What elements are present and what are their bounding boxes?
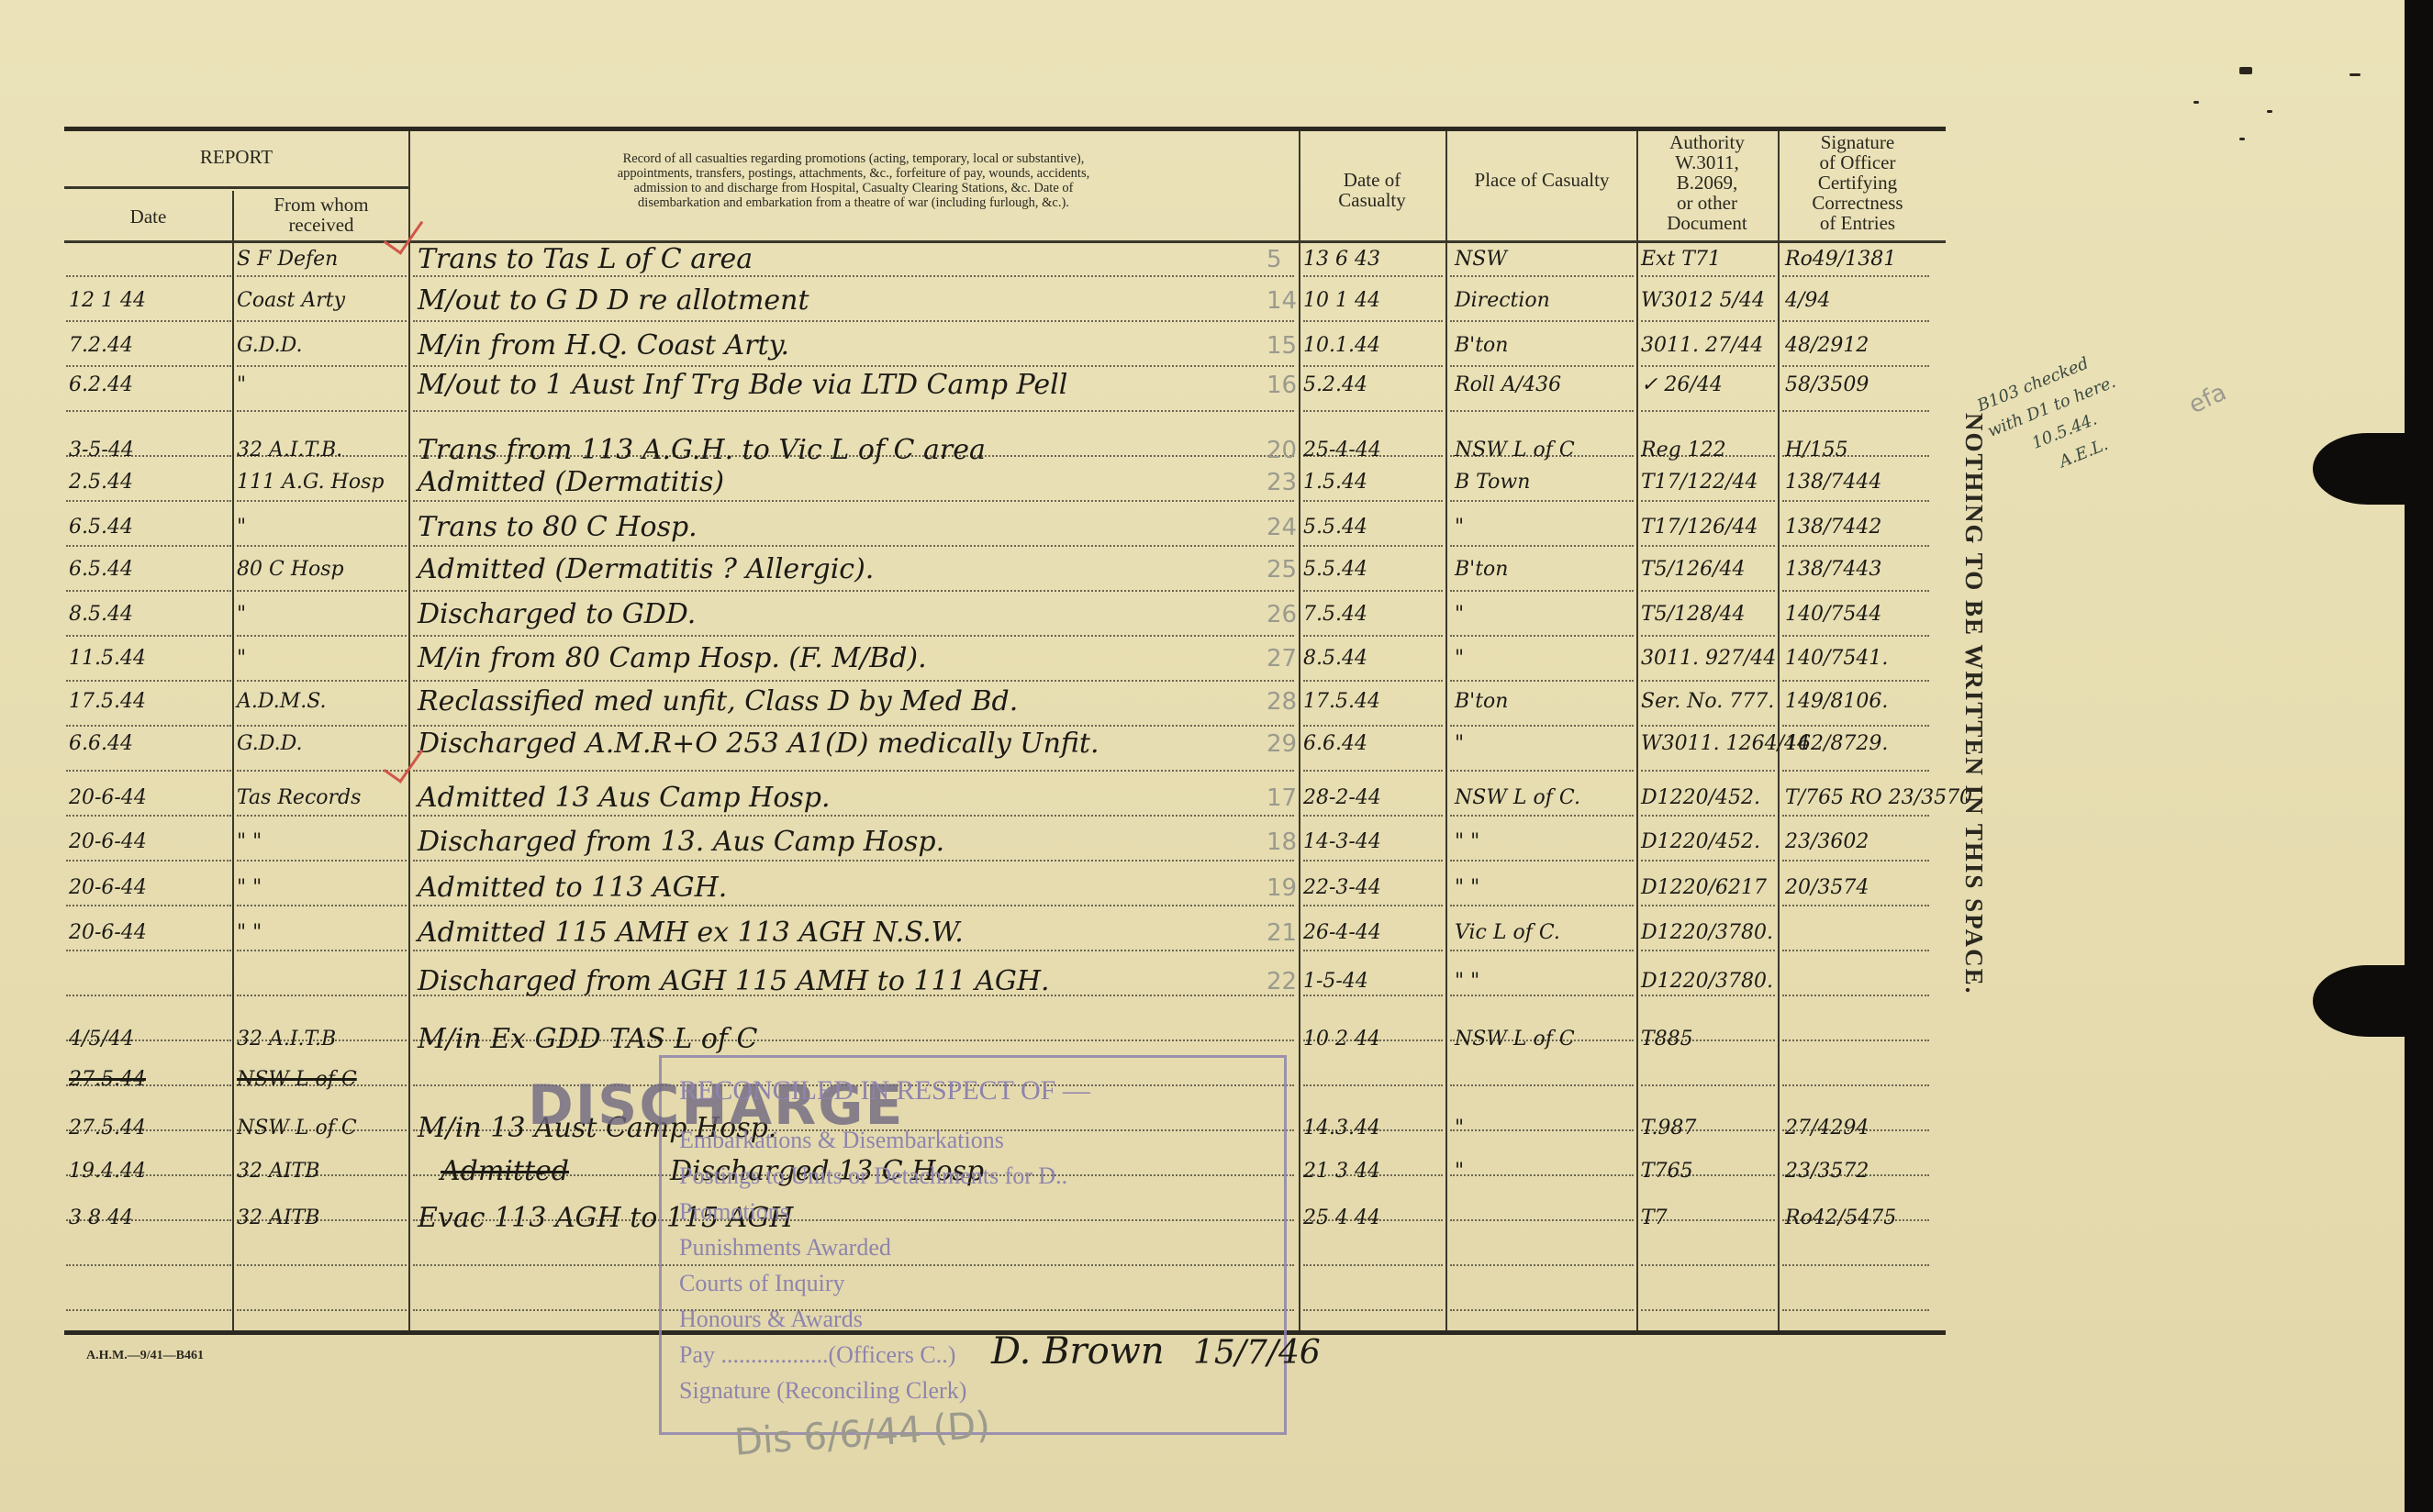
- header-authority: Authority W.3011, B.2069, or other Docum…: [1638, 132, 1776, 233]
- header-date: Date: [64, 206, 232, 227]
- header-bottom-rule: [64, 240, 1946, 243]
- cell-from: S F Defen: [237, 246, 338, 273]
- cell-num: 29: [1267, 730, 1297, 758]
- row-guide: [413, 500, 1294, 502]
- cell-place: NSW L of C: [1455, 437, 1575, 464]
- row-guide: [66, 1264, 231, 1266]
- row-guide: [413, 410, 1294, 412]
- stamp-line: Courts of Inquiry: [679, 1270, 845, 1297]
- row-guide: [1641, 1264, 1775, 1266]
- cell-casualty-date: 10.1.44: [1303, 332, 1380, 360]
- row-guide: [1450, 905, 1634, 906]
- row-guide: [237, 590, 407, 592]
- row-guide: [66, 725, 231, 727]
- cell-from: 80 C Hosp: [237, 556, 344, 584]
- row-guide: [237, 320, 407, 322]
- cell-authority: T17/126/44: [1641, 514, 1758, 541]
- col-divider-from: [408, 131, 410, 1330]
- cell-casualty-date: 28-2-44: [1303, 784, 1381, 812]
- cell-record: M/out to G D D re allotment: [418, 287, 809, 315]
- row-guide: [413, 770, 1294, 772]
- cell-record: Admitted to 113 AGH.: [418, 874, 727, 902]
- col-divider-place: [1636, 131, 1638, 1330]
- row-guide: [1641, 815, 1775, 817]
- row-guide: [1782, 815, 1929, 817]
- speck: [2193, 101, 2199, 104]
- cell-num: 19: [1267, 874, 1297, 902]
- row-guide: [1303, 545, 1443, 547]
- cell-record: Discharged from 13. Aus Camp Hosp.: [418, 828, 944, 856]
- cell-authority: T765: [1641, 1158, 1693, 1185]
- row-guide: [1641, 545, 1775, 547]
- cell-signature: 27/4294: [1785, 1115, 1869, 1142]
- cell-authority: D1220/452.: [1641, 828, 1760, 856]
- row-guide: [237, 500, 407, 502]
- row-guide: [1303, 905, 1443, 906]
- row-guide: [66, 680, 231, 682]
- cell-from: " ": [237, 919, 262, 947]
- row-guide: [1782, 995, 1929, 996]
- cell-casualty-date: 5.5.44: [1303, 556, 1367, 584]
- row-guide: [66, 950, 231, 951]
- row-guide: [1641, 275, 1775, 277]
- cell-record: Discharged from AGH 115 AMH to 111 AGH.: [418, 968, 1050, 995]
- row-guide: [1450, 950, 1634, 951]
- row-guide: [1450, 860, 1634, 862]
- row-guide: [1303, 635, 1443, 637]
- cell-num: 28: [1267, 688, 1297, 716]
- cell-casualty-date: 1.5.44: [1303, 469, 1367, 496]
- row-guide: [413, 950, 1294, 951]
- cell-date: 6.2.44: [69, 372, 133, 399]
- row-guide: [1641, 1309, 1775, 1311]
- row-guide: [1782, 1264, 1929, 1266]
- row-guide: [1303, 590, 1443, 592]
- row-guide: [66, 905, 231, 906]
- row-guide: [1450, 1309, 1634, 1311]
- cell-record: Admitted (Dermatitis): [418, 469, 724, 496]
- row-guide: [66, 860, 231, 862]
- cell-casualty-date: 25-4-44: [1303, 437, 1381, 464]
- row-guide: [1450, 635, 1634, 637]
- cell-num: 26: [1267, 601, 1297, 628]
- row-guide: [1782, 950, 1929, 951]
- cell-casualty-date: 21 3 44: [1303, 1158, 1380, 1185]
- row-guide: [1303, 860, 1443, 862]
- row-guide: [1450, 770, 1634, 772]
- report-divider: [64, 186, 408, 189]
- cell-num: 21: [1267, 919, 1297, 947]
- cell-casualty-date: 17.5.44: [1303, 688, 1380, 716]
- cell-authority: ✓ 26/44: [1641, 372, 1723, 399]
- cell-from: 32 A.I.T.B.: [237, 437, 342, 464]
- row-guide: [1303, 725, 1443, 727]
- cell-from: Coast Arty: [237, 287, 345, 315]
- cell-date: 3-5-44: [69, 437, 134, 464]
- row-guide: [1450, 1129, 1634, 1131]
- cell-from: ": [237, 601, 246, 628]
- cell-from: NSW L of C: [237, 1115, 357, 1142]
- row-guide: [1450, 500, 1634, 502]
- row-guide: [413, 365, 1294, 367]
- row-guide: [237, 1309, 407, 1311]
- cell-date: 11.5.44: [69, 645, 146, 673]
- cell-date: 20-6-44: [69, 828, 147, 856]
- cell-from: 111 A.G. Hosp: [237, 469, 384, 496]
- col-divider-date: [232, 191, 234, 1330]
- row-guide: [413, 725, 1294, 727]
- cell-authority: 3011. 27/44: [1641, 332, 1763, 360]
- row-guide: [66, 320, 231, 322]
- cell-signature: Ro49/1381: [1785, 246, 1896, 273]
- row-guide: [1303, 680, 1443, 682]
- cell-record: Admitted 13 Aus Camp Hosp.: [418, 784, 831, 812]
- cell-date: 20-6-44: [69, 874, 147, 902]
- row-guide: [66, 275, 231, 277]
- stamp-line: Honours & Awards: [679, 1306, 863, 1333]
- cell-authority: Ser. No. 777.: [1641, 688, 1774, 716]
- cell-date: 6.5.44: [69, 556, 133, 584]
- row-guide: [1782, 1084, 1929, 1086]
- col-divider-record: [1299, 131, 1300, 1330]
- row-guide: [1782, 500, 1929, 502]
- cell-date: 7.2.44: [69, 332, 133, 360]
- cell-authority: T17/122/44: [1641, 469, 1758, 496]
- cell-date: 20-6-44: [69, 784, 147, 812]
- cell-from: ": [237, 645, 246, 673]
- header-record: Record of all casualties regarding promo…: [422, 151, 1285, 210]
- cell-date: 6.6.44: [69, 730, 133, 758]
- row-guide: [413, 545, 1294, 547]
- row-guide: [1782, 590, 1929, 592]
- row-guide: [237, 1264, 407, 1266]
- speck: [2349, 73, 2360, 76]
- stamp-line: Postings to Units or Detachments for D..: [679, 1162, 1067, 1190]
- row-guide: [1450, 725, 1634, 727]
- form-code: A.H.M.—9/41—B461: [86, 1349, 204, 1363]
- stamp-line: Promotions: [679, 1198, 789, 1226]
- speck: [2267, 110, 2272, 113]
- row-guide: [1641, 365, 1775, 367]
- cell-date: 6.5.44: [69, 514, 133, 541]
- row-guide: [1303, 320, 1443, 322]
- row-guide: [1303, 770, 1443, 772]
- table-top-rule: [64, 127, 1946, 131]
- cell-record: Discharged A.M.R+O 253 A1(D) medically U…: [418, 730, 1099, 758]
- row-guide: [1641, 590, 1775, 592]
- row-guide: [237, 950, 407, 951]
- cell-date: 27.5.44: [69, 1115, 146, 1142]
- row-guide: [237, 905, 407, 906]
- row-guide: [1641, 860, 1775, 862]
- row-guide: [1782, 905, 1929, 906]
- row-guide: [237, 815, 407, 817]
- row-guide: [1782, 635, 1929, 637]
- row-guide: [1641, 770, 1775, 772]
- row-guide: [237, 995, 407, 996]
- row-guide: [413, 815, 1294, 817]
- cell-record: Trans to 80 C Hosp.: [418, 514, 698, 541]
- cell-place: ": [1455, 1115, 1464, 1142]
- cell-place: Direction: [1455, 287, 1550, 315]
- scan-edge: [2405, 0, 2433, 1512]
- row-guide: [413, 320, 1294, 322]
- row-guide: [66, 365, 231, 367]
- cell-signature: 23/3572: [1785, 1158, 1869, 1185]
- header-place-of-casualty: Place of Casualty: [1468, 170, 1615, 190]
- cell-from: " ": [237, 828, 262, 856]
- row-guide: [1450, 1084, 1634, 1086]
- row-guide: [237, 725, 407, 727]
- cell-num: 14: [1267, 287, 1297, 315]
- cell-casualty-date: 13 6 43: [1303, 246, 1380, 273]
- row-guide: [1450, 1174, 1634, 1176]
- row-guide: [1782, 365, 1929, 367]
- row-guide: [1450, 275, 1634, 277]
- row-guide: [66, 590, 231, 592]
- row-guide: [1641, 1084, 1775, 1086]
- row-guide: [1303, 500, 1443, 502]
- row-guide: [1782, 1039, 1929, 1041]
- cell-signature: 149/8106.: [1785, 688, 1888, 716]
- cell-num: 16: [1267, 372, 1297, 399]
- cell-date: 4/5/44: [69, 1026, 134, 1053]
- row-guide: [1782, 725, 1929, 727]
- cell-from: NSW L of C: [237, 1066, 357, 1094]
- cell-record: Trans from 113 A.G.H. to Vic L of C area: [418, 437, 986, 464]
- row-guide: [237, 365, 407, 367]
- row-guide: [1303, 1264, 1443, 1266]
- cell-signature: 140/7544: [1785, 601, 1881, 628]
- cell-authority: Ext T71: [1641, 246, 1721, 273]
- row-guide: [1782, 545, 1929, 547]
- cell-record: Trans to Tas L of C area: [418, 246, 753, 273]
- cell-record-struck: Admitted: [441, 1158, 569, 1185]
- stamp-line: Punishments Awarded: [679, 1234, 891, 1262]
- cell-num: 27: [1267, 645, 1297, 673]
- cell-casualty-date: 10 2 44: [1303, 1026, 1380, 1053]
- cell-signature: 138/7442: [1785, 514, 1881, 541]
- row-guide: [1450, 320, 1634, 322]
- cell-place: B'ton: [1455, 556, 1508, 584]
- cell-from: 32 AITB: [237, 1158, 319, 1185]
- cell-num: 20: [1267, 437, 1297, 464]
- row-guide: [237, 860, 407, 862]
- row-guide: [413, 860, 1294, 862]
- cell-num: 22: [1267, 968, 1297, 995]
- cell-record: Reclassified med unfit, Class D by Med B…: [418, 688, 1018, 716]
- cell-from: " ": [237, 874, 262, 902]
- cell-authority: T.987: [1641, 1115, 1696, 1142]
- cell-authority: D1220/452.: [1641, 784, 1760, 812]
- cell-num: 24: [1267, 514, 1297, 541]
- cell-casualty-date: 14-3-44: [1303, 828, 1381, 856]
- row-guide: [1782, 275, 1929, 277]
- cell-casualty-date: 7.5.44: [1303, 601, 1367, 628]
- cell-signature: 48/2912: [1785, 332, 1869, 360]
- cell-casualty-date: 6.6.44: [1303, 730, 1367, 758]
- cell-casualty-date: 10 1 44: [1303, 287, 1380, 315]
- header-date-of-casualty: Date of Casualty: [1322, 170, 1423, 210]
- cell-casualty-date: 8.5.44: [1303, 645, 1367, 673]
- side-notice: NOTHING TO BE WRITTEN IN THIS SPACE.: [1959, 413, 1988, 995]
- row-guide: [237, 545, 407, 547]
- row-guide: [1303, 410, 1443, 412]
- row-guide: [1782, 860, 1929, 862]
- row-guide: [1782, 770, 1929, 772]
- cell-place: " ": [1455, 968, 1479, 995]
- cell-place: ": [1455, 514, 1464, 541]
- row-guide: [237, 635, 407, 637]
- cell-date: 12 1 44: [69, 287, 146, 315]
- row-guide: [1641, 680, 1775, 682]
- row-guide: [1450, 590, 1634, 592]
- row-guide: [1303, 815, 1443, 817]
- row-guide: [413, 635, 1294, 637]
- cell-signature: 58/3509: [1785, 372, 1869, 399]
- cell-num: 15: [1267, 332, 1297, 360]
- stamp-line: Pay ..................(Officers C..): [679, 1341, 955, 1369]
- cell-record: Admitted (Dermatitis ? Allergic).: [418, 556, 874, 584]
- row-guide: [1450, 815, 1634, 817]
- stamp-line: Signature (Reconciling Clerk): [679, 1377, 966, 1405]
- row-guide: [237, 410, 407, 412]
- header-signature: Signature of Officer Certifying Correctn…: [1780, 132, 1935, 233]
- row-guide: [413, 905, 1294, 906]
- row-guide: [1782, 1309, 1929, 1311]
- row-guide: [1303, 950, 1443, 951]
- row-guide: [1641, 725, 1775, 727]
- cell-place: ": [1455, 730, 1464, 758]
- col-divider-date-casualty: [1445, 131, 1447, 1330]
- cell-date: 27.5.44: [69, 1066, 146, 1094]
- row-guide: [413, 680, 1294, 682]
- cell-from: G.D.D.: [237, 332, 302, 360]
- speck: [2239, 138, 2245, 140]
- cell-from: 32 A.I.T.B: [237, 1026, 336, 1053]
- cell-record: M/in Ex GDD TAS L of C: [418, 1026, 757, 1053]
- row-guide: [1641, 320, 1775, 322]
- row-guide: [1782, 320, 1929, 322]
- cell-authority: 3011. 927/44: [1641, 645, 1776, 673]
- cell-from: G.D.D.: [237, 730, 302, 758]
- row-guide: [237, 680, 407, 682]
- cell-authority: D1220/3780.: [1641, 919, 1773, 947]
- cell-place: Vic L of C.: [1455, 919, 1560, 947]
- cell-from: ": [237, 514, 246, 541]
- cell-casualty-date: 22-3-44: [1303, 874, 1381, 902]
- row-guide: [1782, 680, 1929, 682]
- cell-place: " ": [1455, 828, 1479, 856]
- cell-num: 17: [1267, 784, 1297, 812]
- row-guide: [66, 1309, 231, 1311]
- row-guide: [66, 770, 231, 772]
- row-guide: [66, 995, 231, 996]
- cell-authority: T5/128/44: [1641, 601, 1745, 628]
- row-guide: [1450, 545, 1634, 547]
- cell-casualty-date: 5.2.44: [1303, 372, 1367, 399]
- cell-from: ": [237, 372, 246, 399]
- cell-authority: W3012 5/44: [1641, 287, 1765, 315]
- cell-casualty-date: 26-4-44: [1303, 919, 1381, 947]
- row-guide: [66, 815, 231, 817]
- cell-place: ": [1455, 1158, 1464, 1185]
- cell-place: B'ton: [1455, 688, 1508, 716]
- clerk-signature: D. Brown: [991, 1338, 1165, 1365]
- cell-authority: D1220/3780.: [1641, 968, 1773, 995]
- row-guide: [1782, 410, 1929, 412]
- cell-record: M/in from 80 Camp Hosp. (F. M/Bd).: [418, 645, 927, 673]
- cell-place: Roll A/436: [1455, 372, 1561, 399]
- row-guide: [1303, 1084, 1443, 1086]
- row-guide: [1303, 275, 1443, 277]
- cell-place: " ": [1455, 874, 1479, 902]
- row-guide: [66, 410, 231, 412]
- row-guide: [66, 635, 231, 637]
- row-guide: [237, 275, 407, 277]
- cell-record: M/in from H.Q. Coast Arty.: [418, 332, 789, 360]
- row-guide: [1303, 1309, 1443, 1311]
- cell-date: 17.5.44: [69, 688, 146, 716]
- cell-date: 3 8 44: [69, 1205, 133, 1232]
- cell-place: B'ton: [1455, 332, 1508, 360]
- cell-from: A.D.M.S.: [237, 688, 327, 716]
- cell-casualty-date: 1-5-44: [1303, 968, 1368, 995]
- cell-record: M/out to 1 Aust Inf Trg Bde via LTD Camp…: [418, 372, 1067, 399]
- cell-place: NSW L of C.: [1455, 784, 1580, 812]
- cell-authority: T7: [1641, 1205, 1668, 1232]
- cell-signature: T/765 RO 23/3570: [1785, 784, 1972, 812]
- row-guide: [1641, 500, 1775, 502]
- stamp-heading: RECONCILED IN RESPECT OF —: [679, 1075, 1090, 1106]
- row-guide: [1641, 635, 1775, 637]
- cell-place: ": [1455, 645, 1464, 673]
- cell-signature: 4/94: [1785, 287, 1830, 315]
- cell-casualty-date: 25 4 44: [1303, 1205, 1380, 1232]
- cell-place: B Town: [1455, 469, 1530, 496]
- cell-signature: 140/7541.: [1785, 645, 1888, 673]
- row-guide: [66, 545, 231, 547]
- row-guide: [1450, 1219, 1634, 1221]
- cell-num: 5: [1267, 246, 1282, 273]
- cell-authority: T5/126/44: [1641, 556, 1745, 584]
- cell-signature: 20/3574: [1785, 874, 1869, 902]
- header-report: REPORT: [64, 147, 408, 167]
- cell-date: 19.4.44: [69, 1158, 146, 1185]
- cell-signature: 138/7443: [1785, 556, 1881, 584]
- cell-num: 18: [1267, 828, 1297, 856]
- row-guide: [1450, 365, 1634, 367]
- row-guide: [66, 500, 231, 502]
- cell-authority: Reg 122: [1641, 437, 1726, 464]
- cell-from: Tas Records: [237, 784, 361, 812]
- clerk-date: 15/7/46: [1193, 1340, 1321, 1367]
- cell-signature: Ro42/5475: [1785, 1205, 1896, 1232]
- speck: [2239, 67, 2252, 74]
- cell-place: ": [1455, 601, 1464, 628]
- row-guide: [1303, 365, 1443, 367]
- row-guide: [413, 275, 1294, 277]
- row-guide: [1450, 410, 1634, 412]
- cell-date: 20-6-44: [69, 919, 147, 947]
- cell-signature: 23/3602: [1785, 828, 1869, 856]
- cell-num: 23: [1267, 469, 1297, 496]
- cell-date: 2.5.44: [69, 469, 133, 496]
- cell-authority: T885: [1641, 1026, 1693, 1053]
- cell-date: 8.5.44: [69, 601, 133, 628]
- cell-casualty-date: 5.5.44: [1303, 514, 1367, 541]
- cell-signature: 138/7444: [1785, 469, 1881, 496]
